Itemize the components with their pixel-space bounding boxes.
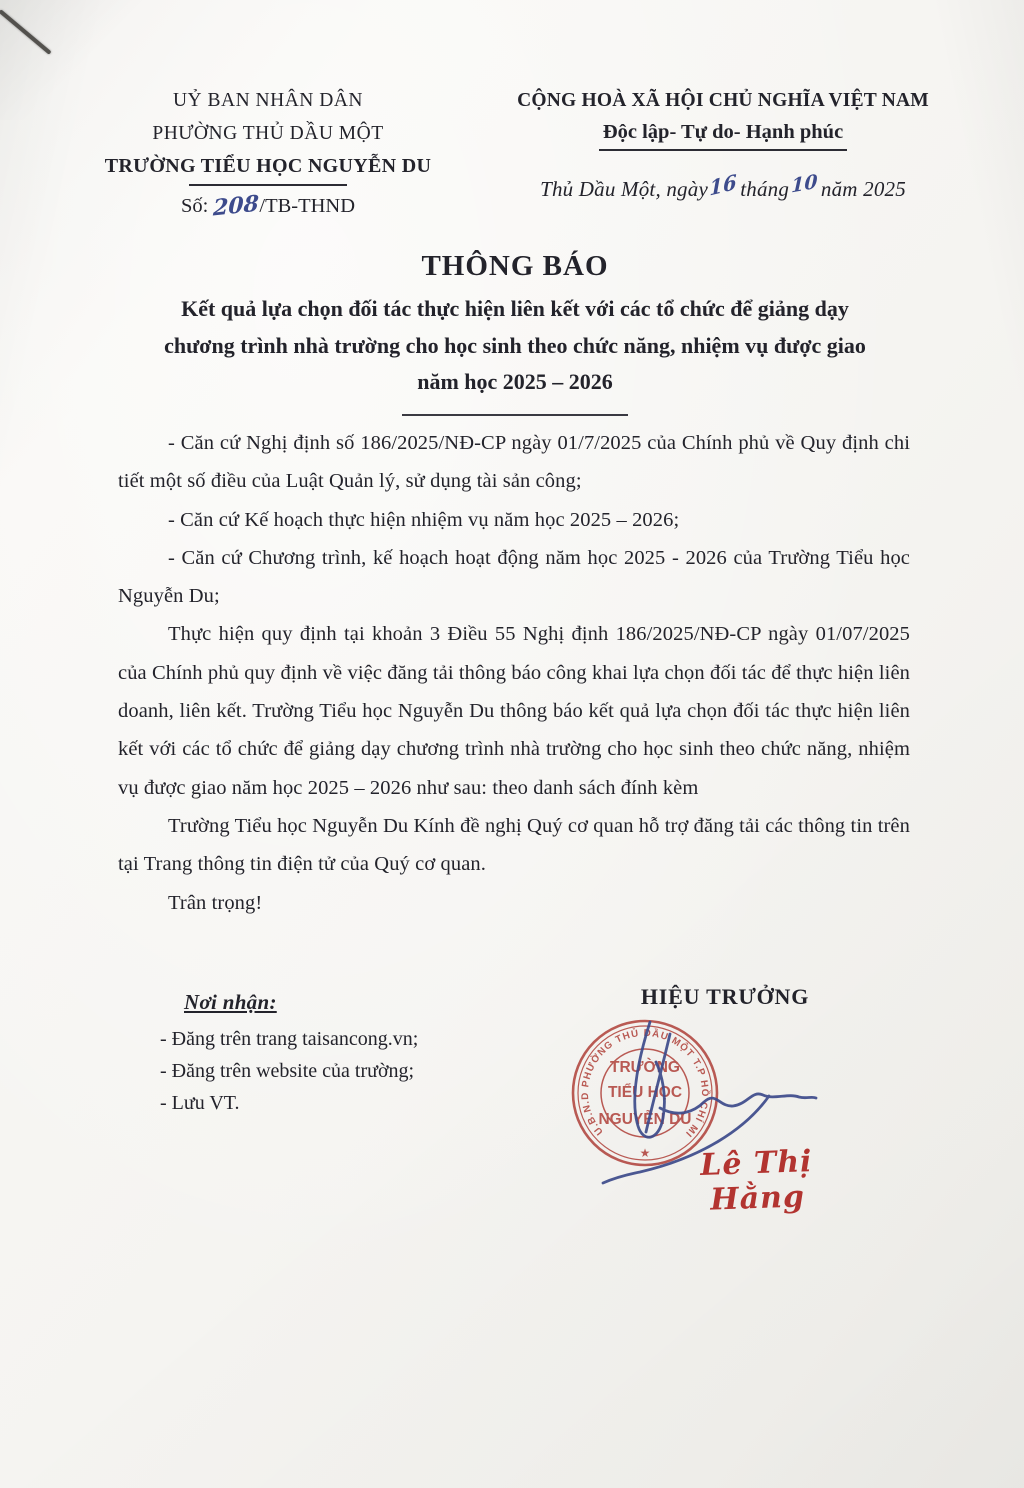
document-number: Số: 208/TB-THND: [86, 190, 450, 221]
date-line: Thủ Dầu Một, ngày16tháng10năm 2025: [468, 177, 978, 202]
document-subtitle-line-3: năm học 2025 – 2026: [112, 364, 918, 401]
paragraph-basis-2: - Căn cứ Kế hoạch thực hiện nhiệm vụ năm…: [118, 501, 910, 539]
date-prefix: Thủ Dầu Một, ngày: [540, 177, 708, 201]
national-motto-text: Độc lập- Tự do- Hạnh phúc: [599, 117, 847, 151]
national-title: CỘNG HOÀ XÃ HỘI CHỦ NGHĨA VIỆT NAM: [468, 84, 978, 117]
document-subtitle-line-2: chương trình nhà trường cho học sinh the…: [112, 328, 918, 365]
recipients-block: Nơi nhận: - Đăng trên trang taisancong.v…: [160, 990, 500, 1119]
paragraph-basis-3: - Căn cứ Chương trình, kế hoạch hoạt độn…: [118, 539, 910, 616]
scanned-document-page: UỶ BAN NHÂN DÂN PHƯỜNG THỦ DẦU MỘT TRƯỜN…: [0, 0, 1024, 1488]
authority-line-2: PHƯỜNG THỦ DẦU MỘT: [86, 117, 450, 150]
document-title: THÔNG BÁO: [112, 250, 918, 283]
date-mid: tháng: [740, 177, 789, 201]
document-body: - Căn cứ Nghị định số 186/2025/NĐ-CP ngà…: [118, 424, 910, 922]
national-motto: Độc lập- Tự do- Hạnh phúc: [468, 117, 978, 151]
school-name: TRƯỜNG TIỂU HỌC NGUYỄN DU: [86, 150, 450, 183]
recipient-item-3: - Lưu VT.: [160, 1087, 500, 1119]
date-day-handwritten: 16: [709, 169, 736, 201]
document-subtitle-line-1: Kết quả lựa chọn đối tác thực hiện liên …: [112, 291, 918, 328]
doc-no-handwritten: 208: [213, 188, 260, 223]
recipient-item-2: - Đăng trên website của trường;: [160, 1055, 500, 1087]
national-header-block: CỘNG HOÀ XÃ HỘI CHỦ NGHĨA VIỆT NAM Độc l…: [468, 84, 978, 202]
paragraph-closing: Trân trọng!: [118, 884, 910, 922]
authority-underline: [189, 184, 347, 186]
stamp-center-line-1: TRƯỜNG: [610, 1058, 680, 1076]
round-stamp-icon: U.B.N.D PHƯỜNG THỦ DẦU MỘT T.P HỒ CHÍ MI…: [500, 985, 717, 1165]
date-suffix: năm 2025: [821, 177, 906, 201]
recipient-item-1: - Đăng trên trang taisancong.vn;: [160, 1023, 500, 1055]
authority-line-1: UỶ BAN NHÂN DÂN: [86, 84, 450, 117]
issuing-authority-block: UỶ BAN NHÂN DÂN PHƯỜNG THỦ DẦU MỘT TRƯỜN…: [86, 84, 450, 221]
document-title-block: THÔNG BÁO Kết quả lựa chọn đối tác thực …: [112, 250, 918, 416]
paragraph-request: Trường Tiểu học Nguyễn Du Kính đề nghị Q…: [118, 807, 910, 884]
date-month-handwritten: 10: [791, 170, 818, 197]
paragraph-basis-1: - Căn cứ Nghị định số 186/2025/NĐ-CP ngà…: [118, 424, 910, 501]
signer-name: Lê Thị Hằng: [651, 1142, 863, 1219]
title-divider-rule: [402, 414, 628, 416]
stamp-star-icon: ★: [640, 1146, 651, 1160]
paragraph-announcement: Thực hiện quy định tại khoản 3 Điều 55 N…: [118, 615, 910, 806]
recipients-heading: Nơi nhận:: [184, 990, 500, 1015]
doc-no-prefix: Số:: [181, 195, 208, 217]
stamp-center-line-2: TIỂU HỌC: [608, 1083, 682, 1101]
doc-no-suffix: /TB-THND: [259, 195, 355, 217]
